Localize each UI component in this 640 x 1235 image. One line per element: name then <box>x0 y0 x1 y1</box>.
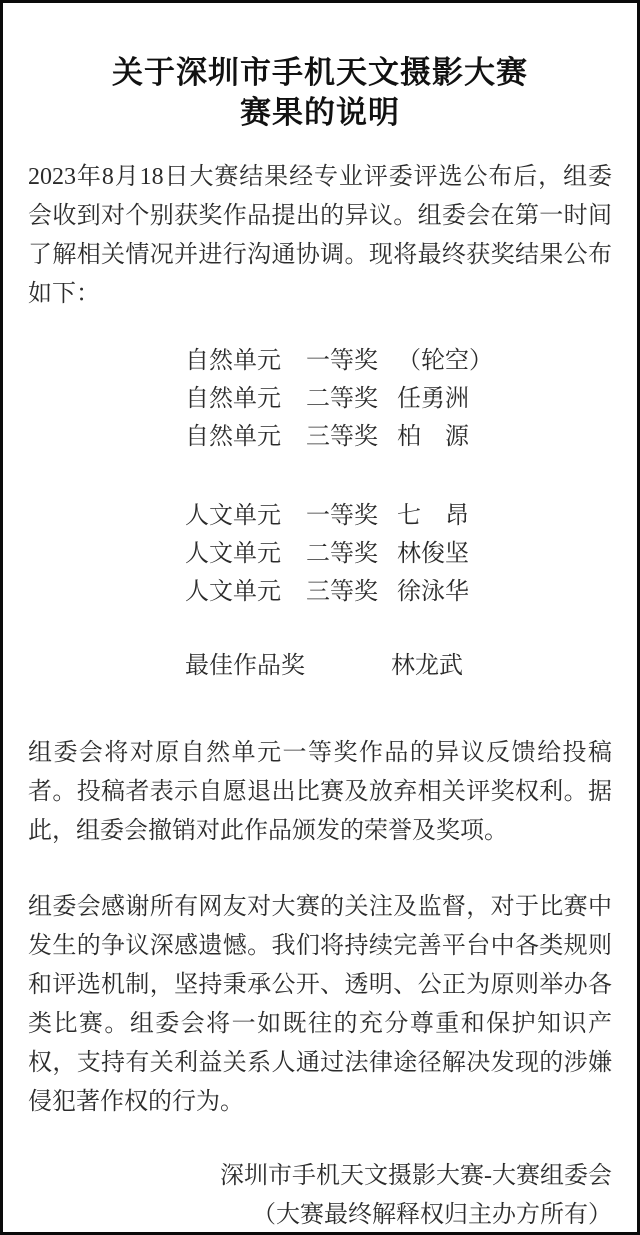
award-row-natural-third: 自然单元 三等奖 柏 源 <box>28 418 612 456</box>
document-title: 关于深圳市手机天文摄影大赛 赛果的说明 <box>28 53 612 133</box>
award-best-label: 最佳作品奖 <box>185 647 385 685</box>
award-row-humanities-second: 人文单元 二等奖 林俊坚 <box>28 535 612 573</box>
signature-committee: 深圳市手机天文摄影大赛-大赛组委会 <box>28 1157 612 1196</box>
award-group-best-work: 最佳作品奖 林龙武 <box>28 647 612 685</box>
award-unit: 自然单元 <box>185 342 300 380</box>
award-row-humanities-first: 人文单元 一等奖 七 昂 <box>28 497 612 535</box>
award-unit: 人文单元 <box>185 535 300 573</box>
document-title-line1: 关于深圳市手机天文摄影大赛 <box>112 55 528 90</box>
award-row-best-work: 最佳作品奖 林龙武 <box>28 647 612 685</box>
award-unit: 自然单元 <box>185 418 300 456</box>
award-row-natural-first: 自然单元 一等奖 （轮空） <box>28 342 612 380</box>
award-winner-name: （轮空） <box>397 342 493 380</box>
award-winner-name: 柏 源 <box>397 418 469 456</box>
announcement-document: 关于深圳市手机天文摄影大赛 赛果的说明 2023年8月18日大赛结果经专业评委评… <box>0 0 640 1235</box>
award-prize: 一等奖 <box>306 497 391 535</box>
award-winner-name: 林龙武 <box>391 647 463 685</box>
signature-block: 深圳市手机天文摄影大赛-大赛组委会 （大赛最终解释权归主办方所有） <box>28 1157 612 1235</box>
intro-paragraph: 2023年8月18日大赛结果经专业评委评选公布后，组委会收到对个别获奖作品提出的… <box>28 158 612 314</box>
award-prize: 二等奖 <box>306 380 391 418</box>
thanks-paragraph: 组委会感谢所有网友对大赛的关注及监督，对于比赛中发生的争议深感遗憾。我们将持续完… <box>28 888 612 1122</box>
award-unit: 自然单元 <box>185 380 300 418</box>
award-unit: 人文单元 <box>185 573 300 611</box>
award-group-natural: 自然单元 一等奖 （轮空） 自然单元 二等奖 任勇洲 自然单元 三等奖 柏 源 <box>28 342 612 456</box>
award-winner-name: 林俊坚 <box>397 535 469 573</box>
award-row-humanities-third: 人文单元 三等奖 徐泳华 <box>28 573 612 611</box>
award-row-natural-second: 自然单元 二等奖 任勇洲 <box>28 380 612 418</box>
award-winner-name: 七 昂 <box>397 497 469 535</box>
award-prize: 一等奖 <box>306 342 391 380</box>
award-winner-name: 任勇洲 <box>397 380 469 418</box>
award-winner-name: 徐泳华 <box>397 573 469 611</box>
document-title-line2: 赛果的说明 <box>240 95 400 130</box>
award-unit: 人文单元 <box>185 497 300 535</box>
award-prize: 二等奖 <box>306 535 391 573</box>
signature-disclaimer: （大赛最终解释权归主办方所有） <box>28 1196 612 1235</box>
award-prize: 三等奖 <box>306 573 391 611</box>
award-group-humanities: 人文单元 一等奖 七 昂 人文单元 二等奖 林俊坚 人文单元 三等奖 徐泳华 <box>28 497 612 611</box>
feedback-paragraph: 组委会将对原自然单元一等奖作品的异议反馈给投稿者。投稿者表示自愿退出比赛及放弃相… <box>28 734 612 851</box>
award-prize: 三等奖 <box>306 418 391 456</box>
